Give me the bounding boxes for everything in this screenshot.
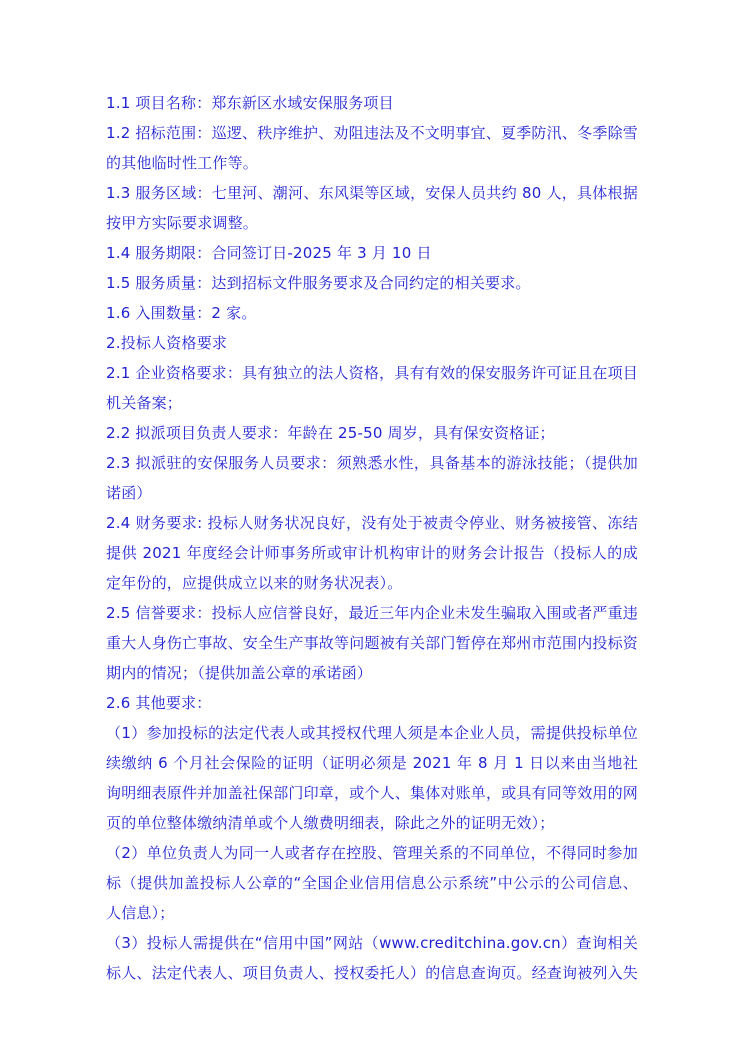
text-line: 按甲方实际要求调整。 — [106, 208, 638, 238]
paragraph: 2.5 信誉要求：投标人应信誉良好，最近三年内企业未发生骗取入围或者严重违约以及… — [106, 598, 638, 688]
paragraph: 1.6 入围数量：2 家。 — [106, 298, 638, 328]
text-line: 的其他临时性工作等。 — [106, 148, 638, 178]
text-line: 诺函） — [106, 478, 638, 508]
paragraph: 1.4 服务期限：合同签订日-2025 年 3 月 10 日 — [106, 238, 638, 268]
paragraph: 1.1 项目名称：郑东新区水域安保服务项目 — [106, 88, 638, 118]
text-line: 提供 2021 年度经会计师事务所或审计机构审计的财务会计报告（投标人的成立时间… — [106, 538, 638, 568]
text-line: 1.4 服务期限：合同签订日-2025 年 3 月 10 日 — [106, 238, 638, 268]
paragraph: （1）参加投标的法定代表人或其授权代理人须是本企业人员，需提供投标单位连续为其连… — [106, 718, 638, 838]
document-page: 1.1 项目名称：郑东新区水域安保服务项目1.2 招标范围：巡逻、秩序维护、劝阻… — [0, 0, 744, 1064]
text-line: 2.1 企业资格要求：具有独立的法人资格，具有有效的保安服务许可证且在项目服务地… — [106, 358, 638, 388]
paragraph: 2.6 其他要求： — [106, 688, 638, 718]
text-line: 1.3 服务区域：七里河、潮河、东风渠等区域，安保人员共约 80 人，具体根据季… — [106, 178, 638, 208]
paragraph: 2.4 财务要求: 投标人财务状况良好，没有处于被责令停业、财务被接管、冻结或破… — [106, 508, 638, 598]
text-line: （2）单位负责人为同一人或者存在控股、管理关系的不同单位，不得同时参加本项目的投 — [106, 838, 638, 868]
text-line: 2.2 拟派项目负责人要求：年龄在 25-50 周岁，具有保安资格证； — [106, 418, 638, 448]
text-line: 机关备案； — [106, 388, 638, 418]
text-line: 标人、法定代表人、项目负责人、授权委托人）的信息查询页。经查询被列入失信被执行人 — [106, 958, 638, 988]
text-line: 2.6 其他要求： — [106, 688, 638, 718]
paragraph: 2.1 企业资格要求：具有独立的法人资格，具有有效的保安服务许可证且在项目服务地… — [106, 358, 638, 418]
text-line: 2.4 财务要求: 投标人财务状况良好，没有处于被责令停业、财务被接管、冻结或破… — [106, 508, 638, 538]
paragraph: 2.2 拟派项目负责人要求：年龄在 25-50 周岁，具有保安资格证； — [106, 418, 638, 448]
text-line: 1.1 项目名称：郑东新区水域安保服务项目 — [106, 88, 638, 118]
text-line: 人信息）； — [106, 898, 638, 928]
text-line: （3）投标人需提供在“信用中国”网站（www.creditchina.gov.c… — [106, 928, 638, 958]
text-line: 询明细表原件并加盖社保部门印章，或个人、集体对账单，或具有同等效用的网上查询打印 — [106, 778, 638, 808]
text-line: 期内的情况；（提供加盖公章的承诺函） — [106, 658, 638, 688]
text-line: 2.3 拟派驻的安保服务人员要求：须熟悉水性，具备基本的游泳技能；（提供加盖公章… — [106, 448, 638, 478]
document-body: 1.1 项目名称：郑东新区水域安保服务项目1.2 招标范围：巡逻、秩序维护、劝阻… — [106, 88, 638, 988]
paragraph: 2.3 拟派驻的安保服务人员要求：须熟悉水性，具备基本的游泳技能；（提供加盖公章… — [106, 448, 638, 508]
text-line: 1.2 招标范围：巡逻、秩序维护、劝阻违法及不文明事宜、夏季防汛、冬季除雪及甲方… — [106, 118, 638, 148]
text-line: 标（提供加盖投标人公章的“全国企业信用信息公示系统”中公示的公司信息、股东或投资 — [106, 868, 638, 898]
text-line: （1）参加投标的法定代表人或其授权代理人须是本企业人员，需提供投标单位连续为其连 — [106, 718, 638, 748]
paragraph: 1.2 招标范围：巡逻、秩序维护、劝阻违法及不文明事宜、夏季防汛、冬季除雪及甲方… — [106, 118, 638, 178]
text-line: 2.投标人资格要求 — [106, 328, 638, 358]
text-line: 续缴纳 6 个月社会保险的证明（证明必须是 2021 年 8 月 1 日以来由当… — [106, 748, 638, 778]
paragraph: （3）投标人需提供在“信用中国”网站（www.creditchina.gov.c… — [106, 928, 638, 988]
paragraph: 1.5 服务质量：达到招标文件服务要求及合同约定的相关要求。 — [106, 268, 638, 298]
text-line: 页的单位整体缴纳清单或个人缴费明细表，除此之外的证明无效）； — [106, 808, 638, 838]
paragraph: 1.3 服务区域：七里河、潮河、东风渠等区域，安保人员共约 80 人，具体根据季… — [106, 178, 638, 238]
text-line: 1.5 服务质量：达到招标文件服务要求及合同约定的相关要求。 — [106, 268, 638, 298]
text-line: 1.6 入围数量：2 家。 — [106, 298, 638, 328]
text-line: 重大人身伤亡事故、安全生产事故等问题被有关部门暂停在郑州市范围内投标资格并在暂停 — [106, 628, 638, 658]
text-line: 定年份的，应提供成立以来的财务状况表）。 — [106, 568, 638, 598]
text-line: 2.5 信誉要求：投标人应信誉良好，最近三年内企业未发生骗取入围或者严重违约以及… — [106, 598, 638, 628]
paragraph: 2.投标人资格要求 — [106, 328, 638, 358]
paragraph: （2）单位负责人为同一人或者存在控股、管理关系的不同单位，不得同时参加本项目的投… — [106, 838, 638, 928]
